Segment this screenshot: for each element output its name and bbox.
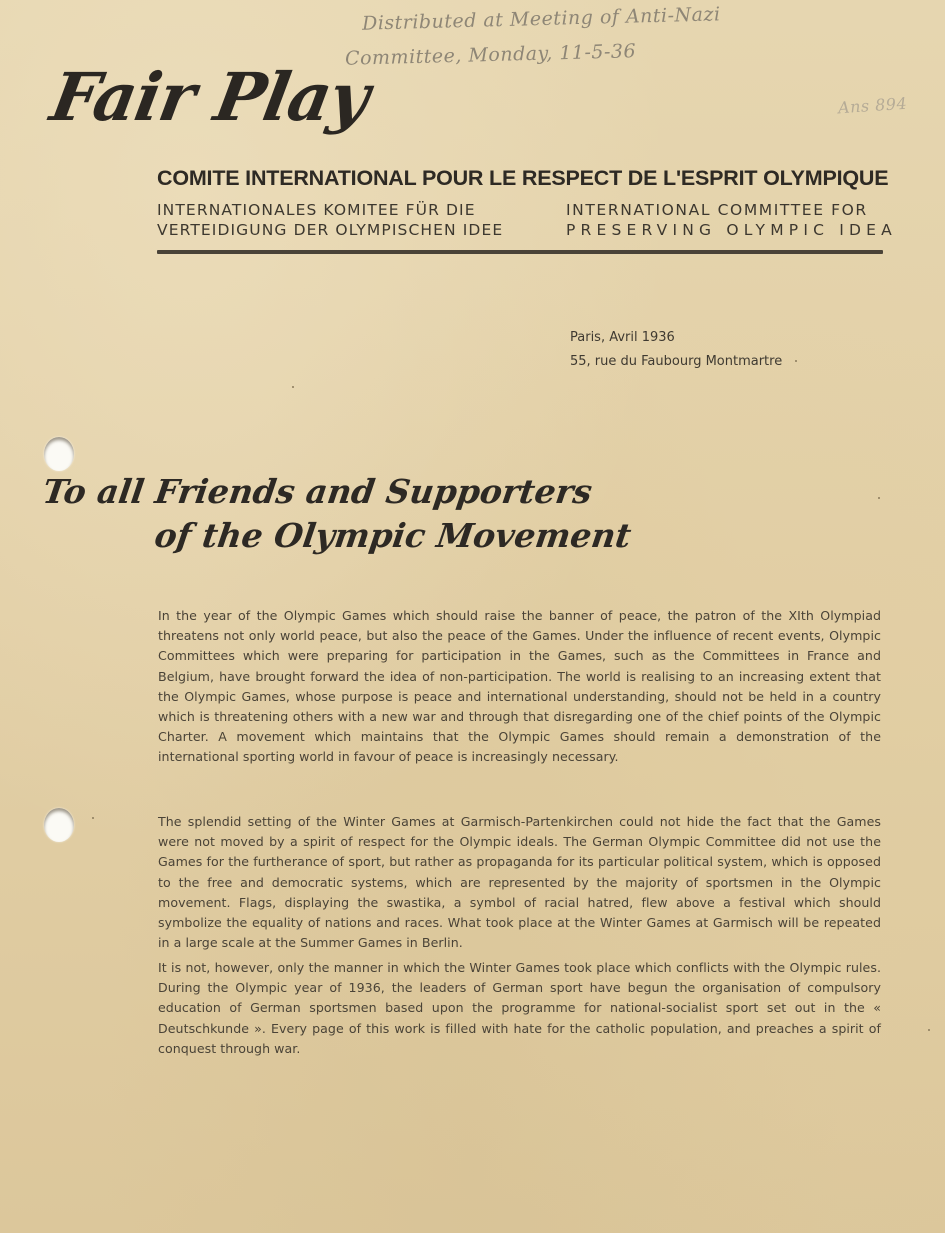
org-name-french: COMITE INTERNATIONAL POUR LE RESPECT DE … [157,166,885,191]
paper-speck [92,817,94,819]
headline-line1: To all Friends and Supporters [40,472,594,511]
org-name-german-line1: INTERNATIONALES KOMITEE FÜR DIE [157,200,503,220]
handwritten-annotation-line2: Committee, Monday, 11-5-36 [345,40,637,70]
paper-speck [928,1029,930,1031]
letterhead-divider [157,250,883,254]
archive-reference-mark: Ans 894 [837,94,907,118]
street-address: 55, rue du Faubourg Montmartre [570,350,782,374]
headline-line2: of the Olympic Movement [34,514,634,558]
paper-speck [878,497,880,499]
paper-speck [795,360,797,362]
headline: To all Friends and Supporters of the Oly… [34,470,640,558]
punch-hole-middle [44,808,74,842]
place-date: Paris, Avril 1936 [570,326,782,350]
org-name-german: INTERNATIONALES KOMITEE FÜR DIE VERTEIDI… [157,200,503,240]
body-paragraph-1: In the year of the Olympic Games which s… [158,606,881,768]
body-paragraph-3: It is not, however, only the manner in w… [158,958,881,1059]
fair-play-logo: Fair Play [46,64,373,130]
address-block: Paris, Avril 1936 55, rue du Faubourg Mo… [570,326,782,374]
paper-speck [292,386,294,388]
handwritten-annotation-line1: Distributed at Meeting of Anti-Nazi [362,3,721,34]
org-name-english-line2: PRESERVING OLYMPIC IDEA [566,220,897,240]
org-name-english: INTERNATIONAL COMMITTEE FOR PRESERVING O… [566,200,897,240]
org-name-german-line2: VERTEIDIGUNG DER OLYMPISCHEN IDEE [157,220,503,240]
org-name-english-line1: INTERNATIONAL COMMITTEE FOR [566,200,897,220]
body-paragraph-2: The splendid setting of the Winter Games… [158,812,881,953]
punch-hole-top [44,437,74,471]
